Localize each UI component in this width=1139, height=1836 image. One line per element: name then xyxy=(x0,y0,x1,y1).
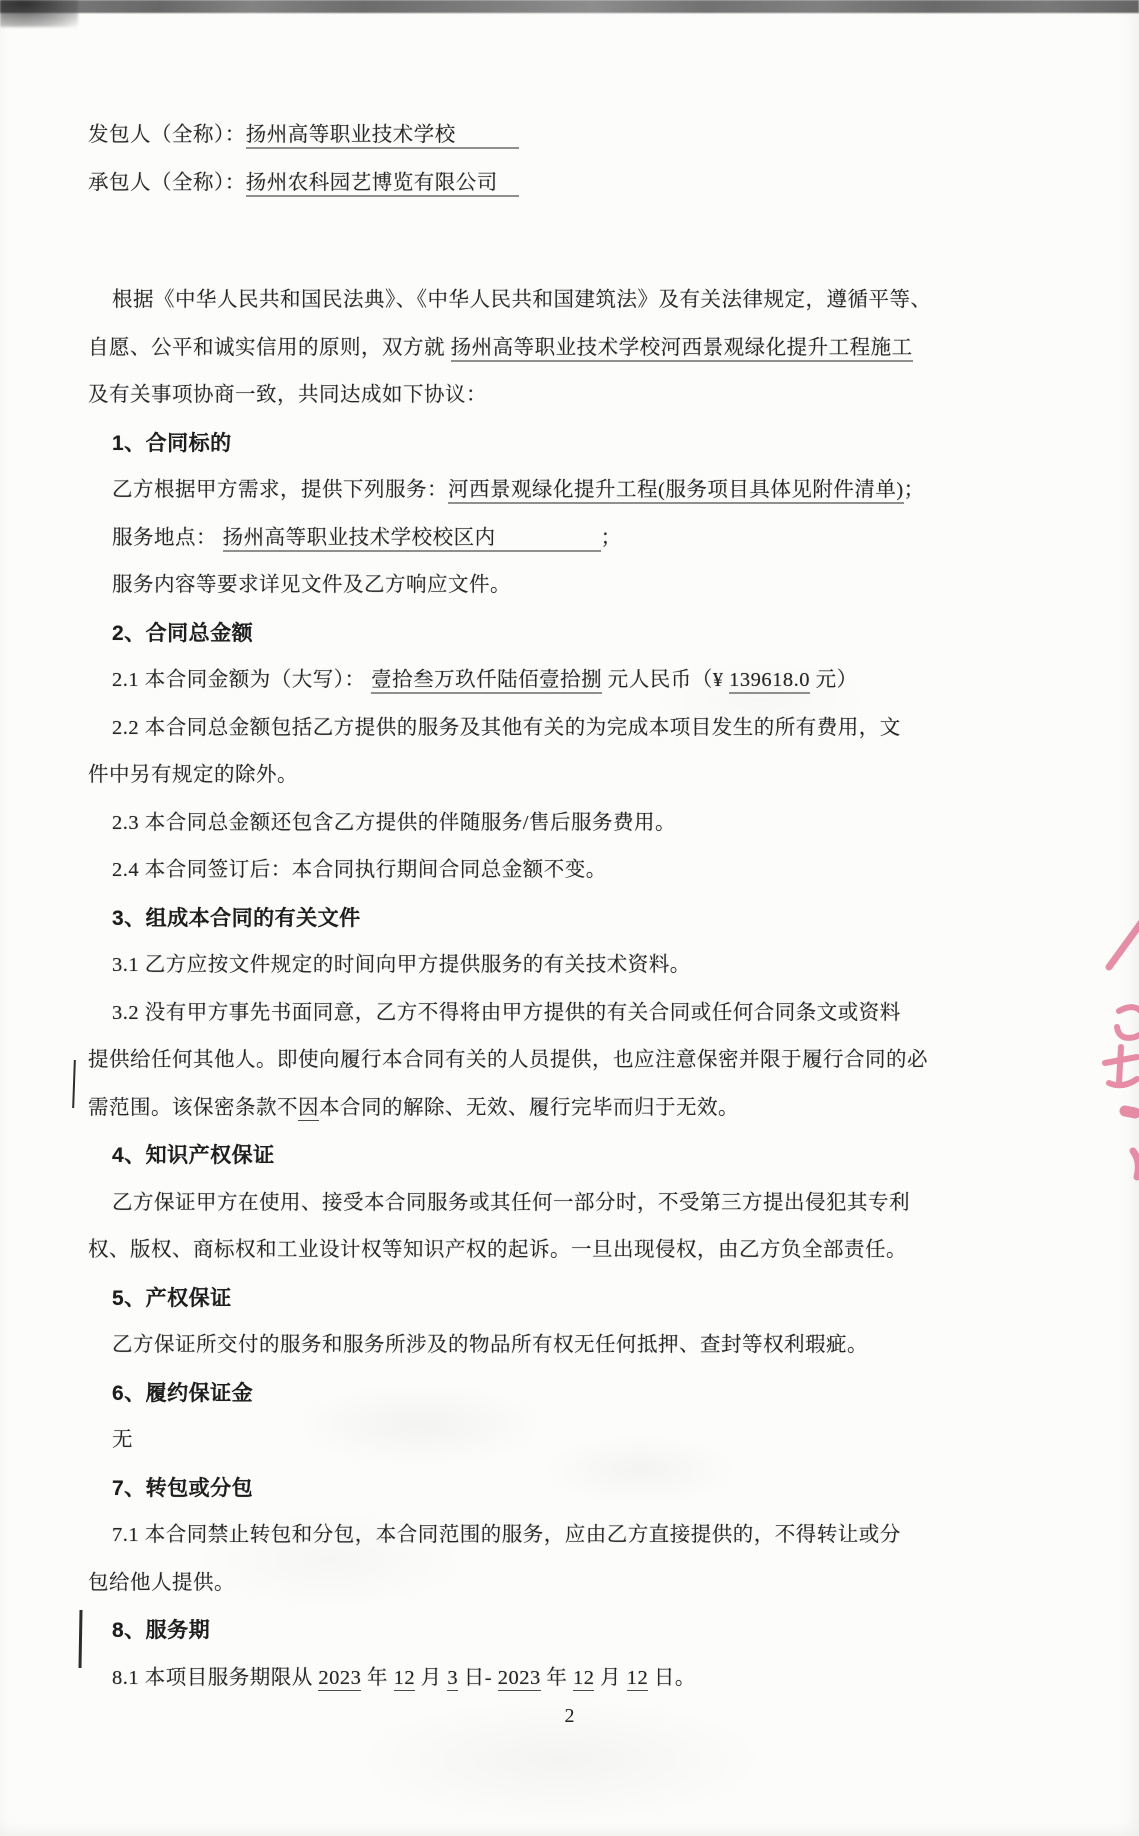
text-segment: 7.1 本合同禁止转包和分包，本合同范围的服务，应由乙方直接提供的，不得转让或分 xyxy=(112,1524,901,1546)
text-segment: 权、版权、商标权和工业设计权等知识产权的起诉。一旦出现侵权，由乙方负全部责任。 xyxy=(88,1239,907,1261)
section-8-heading: 8、服务期 xyxy=(88,1607,1098,1655)
text-segment: 乙方保证所交付的服务和服务所涉及的物品所有权无任何抵押、查封等权利瑕疵。 xyxy=(112,1334,868,1356)
filled-in-text xyxy=(498,172,519,197)
clause-8-1: 8.1 本项目服务期限从 2023 年 12 月 3 日- 2023 年 12 … xyxy=(88,1655,1098,1703)
filled-in-text: 扬州农科园艺博览有限公司 xyxy=(246,172,498,197)
clause-2-4: 2.4 本合同签订后：本合同执行期间合同总金额不变。 xyxy=(88,847,1098,895)
text-segment: 年 xyxy=(541,1667,573,1689)
section-5-heading: 5、产权保证 xyxy=(88,1275,1098,1323)
text-segment: 4、知识产权保证 xyxy=(112,1144,275,1167)
text-segment: 5、产权保证 xyxy=(112,1287,232,1310)
text-segment: 1、合同标的 xyxy=(112,432,232,455)
text-segment: 发包人（全称）： xyxy=(88,124,246,146)
text-segment: 日。 xyxy=(648,1667,696,1689)
scanned-contract-page: 发包人（全称）：扬州高等职业技术学校 承包人（全称）：扬州农科园艺博览有限公司 … xyxy=(0,0,1139,1836)
document-body: 发包人（全称）：扬州高等职业技术学校 承包人（全称）：扬州农科园艺博览有限公司 … xyxy=(88,112,1098,1702)
stray-pen-mark xyxy=(78,1610,82,1668)
clause-2-1: 2.1 本合同金额为（大写）： 壹拾叁万玖仟陆佰壹拾捌 元人民币（¥ 13961… xyxy=(88,657,1098,705)
filled-in-text: 扬州高等职业技术学校 xyxy=(246,124,456,149)
text-segment: 服务地点： xyxy=(112,527,223,549)
text-segment: 3.1 乙方应按文件规定的时间向甲方提供服务的有关技术资料。 xyxy=(112,954,691,976)
text-segment: 元人民币（¥ xyxy=(602,669,729,691)
text-segment: 7、转包或分包 xyxy=(112,1477,253,1500)
red-stamp-fragment xyxy=(1075,915,1139,1205)
filled-in-text: 河西景观绿化提升工程(服务项目具体见附件清单) xyxy=(448,479,904,504)
party-a-line: 发包人（全称）：扬州高等职业技术学校 xyxy=(88,112,1098,160)
preamble-line-2: 自愿、公平和诚实信用的原则，双方就 扬州高等职业技术学校河西景观绿化提升工程施工 xyxy=(88,325,1098,373)
text-segment: 提供给任何其他人。即使向履行本合同有关的人员提供，也应注意保密并限于履行合同的必 xyxy=(88,1049,928,1071)
filled-in-text xyxy=(496,527,601,552)
scan-corner-artifact xyxy=(0,0,78,27)
text-segment: 本合同的解除、无效、履行完毕而归于无效。 xyxy=(319,1097,739,1119)
text-segment: 包给他人提供。 xyxy=(88,1572,235,1594)
clause-7-1-line-1: 7.1 本合同禁止转包和分包，本合同范围的服务，应由乙方直接提供的，不得转让或分 xyxy=(88,1512,1098,1560)
stray-pen-mark xyxy=(72,1060,76,1108)
text-segment: 2.3 本合同总金额还包含乙方提供的伴随服务/售后服务费用。 xyxy=(112,812,676,834)
text-segment: 8.1 本项目服务期限从 xyxy=(112,1667,318,1689)
text-segment: 无 xyxy=(112,1429,133,1451)
text-segment: 2、合同总金额 xyxy=(112,622,253,645)
text-segment: 2.2 本合同总金额包括乙方提供的服务及其他有关的为完成本项目发生的所有费用，文 xyxy=(112,717,901,739)
text-segment: 6、履约保证金 xyxy=(112,1382,253,1405)
clause-2-2-line-1: 2.2 本合同总金额包括乙方提供的服务及其他有关的为完成本项目发生的所有费用，文 xyxy=(88,705,1098,753)
red-seal-strokes xyxy=(1075,915,1139,1205)
section-4-heading: 4、知识产权保证 xyxy=(88,1132,1098,1180)
scan-top-edge-artifact xyxy=(0,0,1139,13)
clause-2-2-line-2: 件中另有规定的除外。 xyxy=(88,752,1098,800)
text-segment: 2.4 本合同签订后：本合同执行期间合同总金额不变。 xyxy=(112,859,607,881)
text-segment: ； xyxy=(601,527,622,549)
text-segment: 需范围。该保密条款不 xyxy=(88,1097,298,1119)
clause-3-2-line-2: 提供给任何其他人。即使向履行本合同有关的人员提供，也应注意保密并限于履行合同的必 xyxy=(88,1037,1098,1085)
preamble-line-3: 及有关事项协商一致，共同达成如下协议： xyxy=(88,372,1098,420)
text-segment: 元） xyxy=(810,669,858,691)
text-segment: 年 xyxy=(361,1667,393,1689)
clause-2-3: 2.3 本合同总金额还包含乙方提供的伴随服务/售后服务费用。 xyxy=(88,800,1098,848)
text-segment: 件中另有规定的除外。 xyxy=(88,764,298,786)
filled-in-text: 壹拾叁万玖仟陆佰壹拾捌 xyxy=(371,669,602,694)
section-3-heading: 3、组成本合同的有关文件 xyxy=(88,895,1098,943)
filled-in-text: 2023 xyxy=(498,1667,541,1691)
clause-4-line-1: 乙方保证甲方在使用、接受本合同服务或其任何一部分时，不受第三方提出侵犯其专利 xyxy=(88,1180,1098,1228)
filled-in-text xyxy=(456,124,519,149)
filled-in-text: 2023 xyxy=(318,1667,361,1691)
party-b-line: 承包人（全称）：扬州农科园艺博览有限公司 xyxy=(88,160,1098,208)
text-segment: 服务内容等要求详见文件及乙方响应文件。 xyxy=(112,574,511,596)
text-segment: 月 xyxy=(594,1667,626,1689)
text-segment: 乙方根据甲方需求，提供下列服务： xyxy=(112,479,448,501)
filled-in-text: 12 xyxy=(394,1667,416,1691)
preamble-line-1: 根据《中华人民共和国民法典》、《中华人民共和国建筑法》及有关法律规定，遵循平等、 xyxy=(88,277,1098,325)
clause-7-1-line-2: 包给他人提供。 xyxy=(88,1560,1098,1608)
clause-1-content: 服务内容等要求详见文件及乙方响应文件。 xyxy=(88,562,1098,610)
text-segment: 月 xyxy=(415,1667,447,1689)
section-6-heading: 6、履约保证金 xyxy=(88,1370,1098,1418)
filled-in-text: 扬州高等职业技术学校校区内 xyxy=(223,527,496,552)
clause-3-2-line-3: 需范围。该保密条款不因本合同的解除、无效、履行完毕而归于无效。 xyxy=(88,1085,1098,1133)
clause-4-line-2: 权、版权、商标权和工业设计权等知识产权的起诉。一旦出现侵权，由乙方负全部责任。 xyxy=(88,1227,1098,1275)
text-segment: 及有关事项协商一致，共同达成如下协议： xyxy=(88,384,487,406)
text-segment: ； xyxy=(904,479,925,501)
clause-1-service: 乙方根据甲方需求，提供下列服务：河西景观绿化提升工程(服务项目具体见附件清单)； xyxy=(88,467,1098,515)
page-number: 2 xyxy=(0,1705,1139,1728)
text-segment: 3.2 没有甲方事先书面同意，乙方不得将由甲方提供的有关合同或任何合同条文或资料 xyxy=(112,1002,901,1024)
text-segment: 自愿、公平和诚实信用的原则，双方就 xyxy=(88,337,451,359)
filled-in-text: 139618.0 xyxy=(729,669,810,694)
text-segment: 2.1 本合同金额为（大写）： xyxy=(112,669,371,691)
clause-5: 乙方保证所交付的服务和服务所涉及的物品所有权无任何抵押、查封等权利瑕疵。 xyxy=(88,1322,1098,1370)
filled-in-text: 因 xyxy=(298,1097,319,1121)
filled-in-text: 3 xyxy=(447,1667,458,1691)
text-segment: 日- xyxy=(458,1667,498,1689)
section-7-heading: 7、转包或分包 xyxy=(88,1465,1098,1513)
text-segment: 3、组成本合同的有关文件 xyxy=(112,907,361,930)
filled-in-text: 12 xyxy=(627,1667,649,1691)
section-1-heading: 1、合同标的 xyxy=(88,420,1098,468)
text-segment: 根据《中华人民共和国民法典》、《中华人民共和国建筑法》及有关法律规定，遵循平等、 xyxy=(112,289,932,311)
clause-1-location: 服务地点： 扬州高等职业技术学校校区内 ； xyxy=(88,515,1098,563)
text-segment: 8、服务期 xyxy=(112,1619,210,1642)
filled-in-text: 12 xyxy=(573,1667,595,1691)
text-segment: 乙方保证甲方在使用、接受本合同服务或其任何一部分时，不受第三方提出侵犯其专利 xyxy=(112,1192,910,1214)
clause-3-2-line-1: 3.2 没有甲方事先书面同意，乙方不得将由甲方提供的有关合同或任何合同条文或资料 xyxy=(88,990,1098,1038)
text-segment: 承包人（全称）： xyxy=(88,172,246,194)
clause-6: 无 xyxy=(88,1417,1098,1465)
clause-3-1: 3.1 乙方应按文件规定的时间向甲方提供服务的有关技术资料。 xyxy=(88,942,1098,990)
section-2-heading: 2、合同总金额 xyxy=(88,610,1098,658)
filled-in-text: 扬州高等职业技术学校河西景观绿化提升工程施工 xyxy=(451,337,913,362)
